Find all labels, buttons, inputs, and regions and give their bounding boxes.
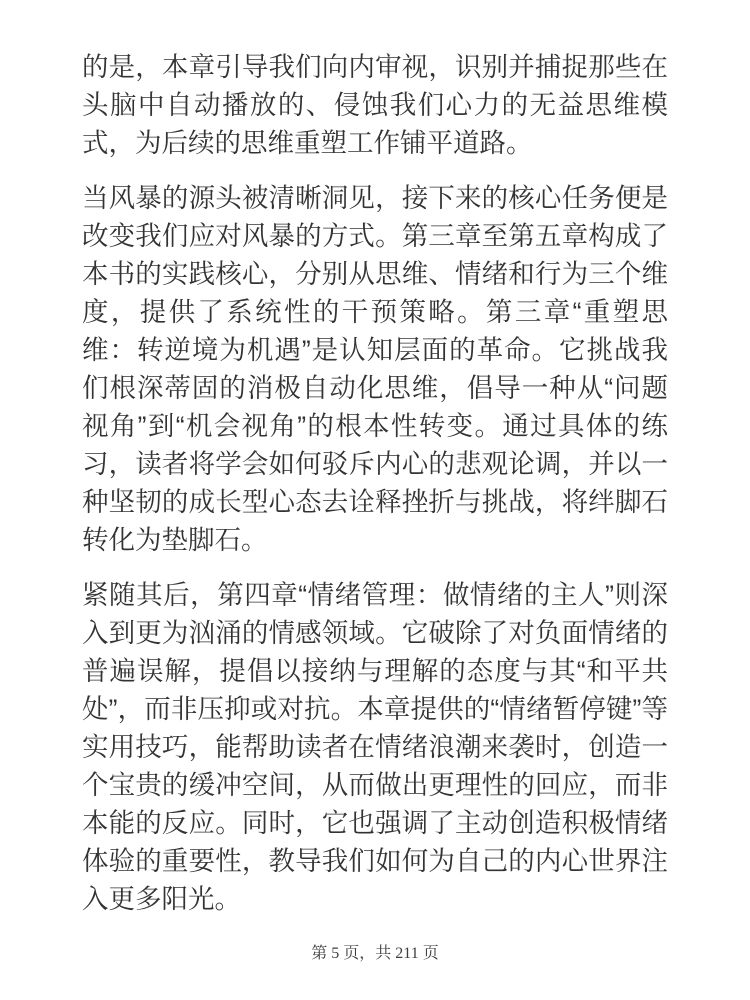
body-paragraph: 紧随其后，第四章“情绪管理：做情绪的主人”则深入到更为汹涌的情感领域。它破除了对… [82, 576, 668, 918]
body-paragraph: 当风暴的源头被清晰洞见，接下来的核心任务便是改变我们应对风暴的方式。第三章至第五… [82, 179, 668, 559]
page-body-text: 的是，本章引导我们向内审视，识别并捕捉那些在头脑中自动播放的、侵蚀我们心力的无益… [82, 48, 668, 918]
body-paragraph: 的是，本章引导我们向内审视，识别并捕捉那些在头脑中自动播放的、侵蚀我们心力的无益… [82, 48, 668, 162]
page-number-footer: 第 5 页，共 211 页 [0, 944, 750, 964]
document-page: 的是，本章引导我们向内审视，识别并捕捉那些在头脑中自动播放的、侵蚀我们心力的无益… [0, 0, 750, 1000]
